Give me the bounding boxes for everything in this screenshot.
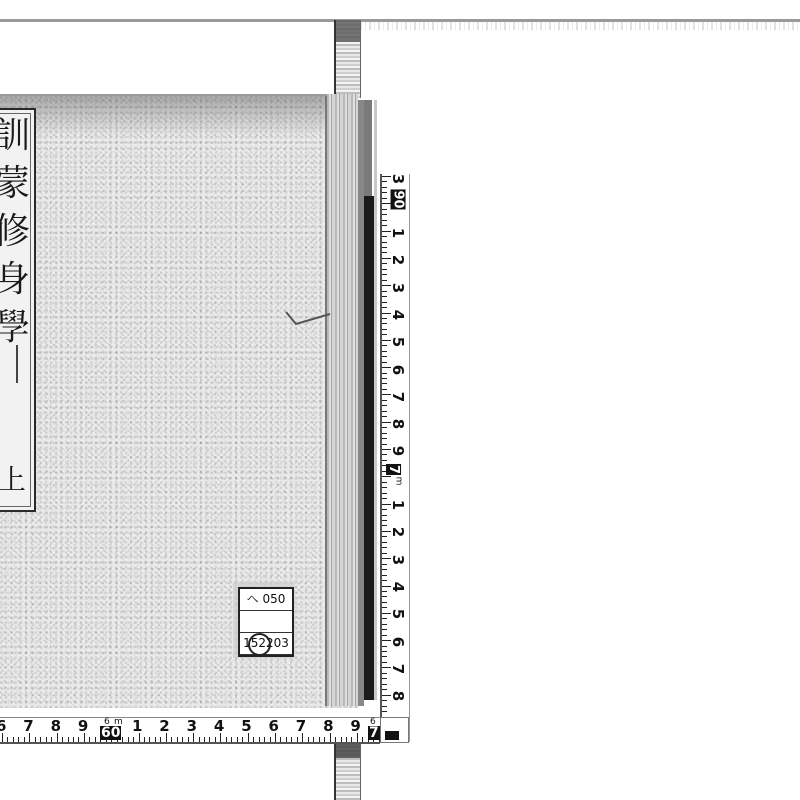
ruler-tick: [382, 542, 387, 543]
ruler-tick: [18, 737, 19, 742]
ruler-tick: [286, 737, 287, 742]
ruler-number: 4: [389, 579, 407, 595]
ruler-tick: [382, 433, 387, 434]
ruler-tick: [324, 737, 325, 742]
ruler-tick: [308, 737, 309, 742]
book-cover: [0, 94, 358, 708]
binding-strap-top: [334, 20, 361, 98]
ruler-tick: [382, 236, 387, 237]
ruler-tick: [382, 651, 387, 652]
ruler-tick: [382, 416, 387, 417]
ruler-tick: [362, 737, 363, 742]
ruler-tick: [160, 737, 161, 742]
ruler-number: 9: [350, 717, 360, 735]
ruler-tick: [382, 580, 387, 581]
ruler-tick: [382, 564, 387, 565]
ruler-tick: [382, 678, 387, 679]
ruler-tick: [78, 737, 79, 742]
ruler-tick: [382, 487, 387, 488]
ruler-tick: [209, 737, 210, 742]
ruler-tick: [177, 737, 178, 742]
ruler-tick: [382, 618, 387, 619]
ruler-tick: [24, 737, 25, 742]
ruler-number: 5: [241, 717, 251, 735]
ruler-tick: [382, 274, 387, 275]
ruler-tick: [382, 515, 387, 516]
ruler-tick: [382, 242, 387, 243]
ruler-number: 7: [23, 717, 33, 735]
title-stroke-mark: [16, 345, 18, 383]
ruler-tick: [382, 296, 387, 297]
volume-mark: 上: [0, 458, 26, 498]
ruler-number: 7: [368, 726, 380, 740]
ruler-tick: [382, 607, 387, 608]
ruler-number: 6: [389, 362, 407, 378]
ruler-tick: [382, 373, 387, 374]
title-char: 身: [0, 256, 30, 304]
ruler-number: 6: [0, 717, 6, 735]
ruler-tick: [382, 181, 387, 182]
ruler-tick: [382, 662, 387, 663]
ruler-number: 7: [386, 464, 401, 475]
ruler-number: 2: [159, 717, 169, 735]
ruler-tick: [382, 263, 387, 264]
ruler-tick: [144, 737, 145, 742]
ruler-tick: [341, 737, 342, 742]
ruler-tick: [382, 302, 387, 303]
ruler-number: 8: [323, 717, 333, 735]
ruler-tick: [382, 383, 387, 384]
ruler-number: 8: [389, 688, 407, 704]
ruler-tick: [382, 438, 387, 439]
ruler-tick: [382, 509, 387, 510]
stamp-circle: [248, 633, 271, 656]
ruler-tick: [382, 684, 387, 685]
title-text: 訓 蒙 修 身 學: [0, 112, 30, 352]
label-middle-row: [240, 611, 292, 633]
call-number: ヘ 050: [240, 589, 292, 611]
ruler-tick: [231, 737, 232, 742]
ruler-tick: [382, 400, 387, 401]
title-char: 學: [0, 304, 30, 352]
ruler-tick: [382, 405, 387, 406]
ruler-tick: [382, 252, 387, 253]
ruler-tick: [122, 737, 123, 742]
ruler-tick: [382, 520, 387, 521]
ruler-tick: [382, 591, 387, 592]
ruler-tick: [155, 737, 156, 742]
ruler-tick: [264, 737, 265, 742]
ruler-tick: [259, 737, 260, 742]
ruler-number: 1: [132, 717, 142, 735]
ruler-tick: [182, 737, 183, 742]
ruler-tick: [382, 547, 387, 548]
ruler-tick: [13, 737, 14, 742]
ruler-tick: [297, 737, 298, 742]
ruler-number: 7: [389, 389, 407, 405]
ruler-tick: [382, 629, 387, 630]
ruler-tick: [291, 737, 292, 742]
ruler-tick: [382, 187, 387, 188]
ruler-number: 8: [51, 717, 61, 735]
ruler-tick: [149, 737, 150, 742]
ruler-tick: [346, 737, 347, 742]
ruler-tick: [382, 329, 387, 330]
ruler-number: 1: [389, 225, 407, 241]
ruler-tick: [382, 378, 387, 379]
ruler-tick: [382, 214, 387, 215]
ruler-tick: [382, 482, 387, 483]
ruler-tick: [382, 635, 387, 636]
ruler-tick: [382, 536, 387, 537]
ruler-tick: [382, 689, 387, 690]
vertical-ruler: 36901234567897m123456789: [380, 174, 410, 742]
ruler-tick: [382, 307, 387, 308]
ruler-tick: [382, 351, 387, 352]
ruler-tick: [382, 498, 387, 499]
ruler-tick: [226, 737, 227, 742]
ruler-number: 1: [389, 497, 407, 513]
ruler-tick: [382, 569, 387, 570]
ruler-number: 6: [389, 634, 407, 650]
ruler-tick: [382, 711, 387, 712]
ruler-number: 6: [269, 717, 279, 735]
ruler-tick: [171, 737, 172, 742]
ruler-tick: [62, 737, 63, 742]
ruler-tick: [382, 624, 387, 625]
ruler-tick: [382, 269, 387, 270]
horizontal-ruler: 67896m6012345678967: [0, 717, 380, 744]
ruler-tick: [51, 737, 52, 742]
title-char: 修: [0, 208, 30, 256]
ruler-tick: [7, 737, 8, 742]
ruler-tick: [280, 737, 281, 742]
ruler-number: m: [393, 477, 403, 486]
ruler-tick: [382, 318, 387, 319]
ruler-tick: [382, 225, 387, 226]
ruler-tick: [319, 737, 320, 742]
ruler-tick: [351, 737, 352, 742]
page-edge: [374, 100, 377, 700]
ruler-number: 5: [389, 334, 407, 350]
ruler-tick: [270, 737, 271, 742]
ruler-tick: [382, 602, 387, 603]
ruler-tick: [382, 460, 387, 461]
ruler-number: 7: [296, 717, 306, 735]
ruler-tick: [382, 411, 387, 412]
ruler-tick: [382, 427, 387, 428]
ruler-tick: [382, 454, 387, 455]
scan-background-texture: [360, 22, 800, 30]
title-char: 蒙: [0, 160, 30, 208]
ruler-number: 3: [389, 552, 407, 568]
spine-edge: [358, 100, 364, 706]
ruler-tick: [382, 280, 387, 281]
ruler-tick: [382, 323, 387, 324]
ruler-tick: [382, 209, 387, 210]
ruler-tick: [382, 192, 387, 193]
ruler-tick: [382, 389, 387, 390]
ruler-tick: [242, 737, 243, 742]
ruler-tick: [382, 444, 387, 445]
ruler-tick: [382, 334, 387, 335]
ruler-number: 7: [389, 661, 407, 677]
ruler-tick: [199, 737, 200, 742]
ruler-tick: [382, 247, 387, 248]
ruler-tick: [382, 700, 387, 701]
ruler-number: 90: [391, 189, 406, 209]
ruler-tick: [382, 646, 387, 647]
ruler-tick: [382, 525, 387, 526]
ruler-tick: [40, 737, 41, 742]
ruler-tick: [133, 737, 134, 742]
ruler-number: 2: [389, 524, 407, 540]
ruler-tick: [95, 737, 96, 742]
ruler-tick: [382, 706, 387, 707]
ruler-tick: [313, 737, 314, 742]
ruler-tick: [35, 737, 36, 742]
ruler-number: 60: [100, 726, 121, 740]
ruler-tick: [382, 553, 387, 554]
ruler-number: 3: [389, 280, 407, 296]
ruler-tick: [382, 656, 387, 657]
ruler-number: 3: [389, 171, 407, 187]
ruler-tick: [382, 291, 387, 292]
ruler-tick: [382, 575, 387, 576]
ruler-tick: [68, 737, 69, 742]
ruler-tick: [188, 737, 189, 742]
ruler-corner-marker: [385, 731, 399, 740]
ruler-number: 2: [389, 252, 407, 268]
ruler-tick: [215, 737, 216, 742]
binding-strap-bottom: [334, 742, 361, 800]
ruler-tick: [382, 596, 387, 597]
ruler-tick: [382, 220, 387, 221]
ruler-number: 8: [389, 416, 407, 432]
ruler-number: 5: [389, 606, 407, 622]
ruler-tick: [46, 737, 47, 742]
ruler-tick: [204, 737, 205, 742]
ruler-tick: [382, 362, 387, 363]
ruler-number: 9: [78, 717, 88, 735]
ruler-tick: [382, 345, 387, 346]
ruler-tick: [335, 737, 336, 742]
ruler-tick: [237, 737, 238, 742]
ruler-tick: [128, 737, 129, 742]
ruler-tick: [382, 198, 387, 199]
ruler-number: 9: [389, 443, 407, 459]
ruler-number: 3: [187, 717, 197, 735]
ruler-tick: [89, 737, 90, 742]
ruler-tick: [253, 737, 254, 742]
library-label: ヘ 050 152203: [238, 587, 294, 657]
ruler-tick: [73, 737, 74, 742]
ruler-tick: [382, 356, 387, 357]
ruler-number: 4: [389, 307, 407, 323]
ruler-tick: [382, 476, 391, 477]
ruler-number: 4: [214, 717, 224, 735]
ruler-tick: [382, 673, 387, 674]
title-char: 訓: [0, 112, 30, 160]
book-spine: [327, 94, 358, 706]
scratch-mark: [284, 308, 334, 328]
ruler-tick: [382, 493, 387, 494]
